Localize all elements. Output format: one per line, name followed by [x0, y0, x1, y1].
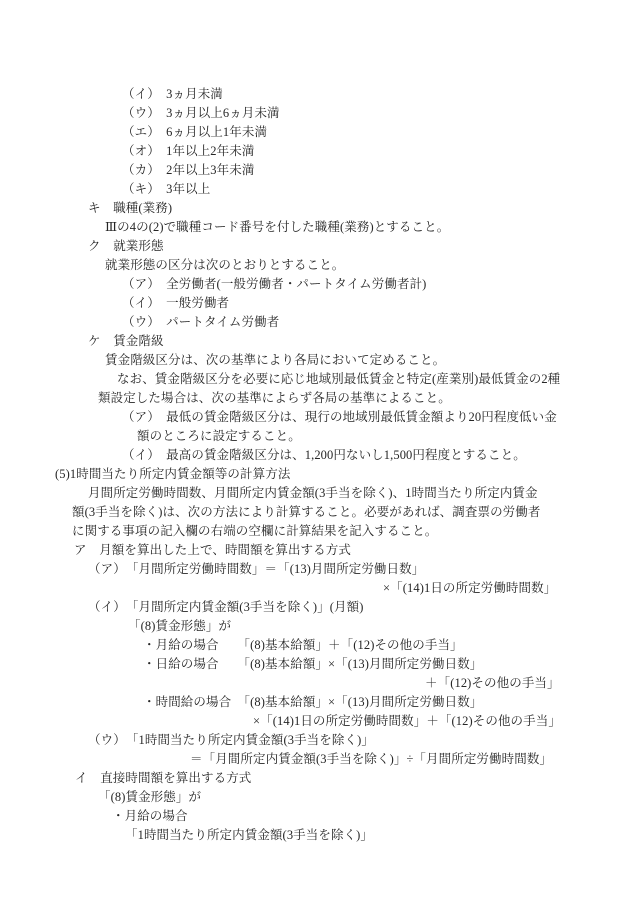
text-line: （カ） 2年以上3年未満 — [122, 163, 254, 178]
text-line: 「(8)賃金形態」が — [128, 619, 231, 634]
text-line: （ウ） 3ヵ月以上6ヵ月未満 — [122, 106, 280, 121]
text-line: ＋「(12)その他の手当」 — [425, 676, 560, 691]
text-line: （ア） 「月間所定労働時間数」＝「(13)月間所定労働日数」 — [88, 562, 424, 577]
text-line: ク 就業形態 — [88, 239, 164, 254]
text-line: ・月給の場合 「(8)基本給額」＋「(12)その他の手当」 — [143, 638, 463, 653]
text-line: 類設定した場合は、次の基準によらず各局の基準によること。 — [98, 391, 451, 406]
text-line: （エ） 6ヵ月以上1年未満 — [122, 125, 267, 140]
text-line: なお、賃金階級区分を必要に応じ地域別最低賃金と特定(産業別)最低賃金の2種 — [117, 372, 560, 387]
text-line: （ア） 全労働者(一般労働者・パートタイム労働者計) — [122, 277, 426, 292]
text-line: に関する事項の記入欄の右端の空欄に計算結果を記入すること。 — [72, 524, 437, 539]
text-line: ＝「月間所定内賃金額(3手当を除く)」÷「月間所定労働時間数」 — [190, 752, 552, 767]
text-line: （ウ） パートタイム労働者 — [122, 315, 279, 330]
text-line: ・月給の場合 — [112, 809, 188, 824]
text-line: 額(3手当を除く)は、次の方法により計算すること。必要があれば、調査票の労働者 — [72, 505, 540, 520]
text-line: ・時間給の場合 「(8)基本給額」×「(13)月間所定労働日数」 — [143, 695, 482, 710]
text-line: （ア） 最低の賃金階級区分は、現行の地域別最低賃金額より20円程度低い金 — [122, 410, 557, 425]
text-line: （イ） 3ヵ月未満 — [122, 87, 223, 102]
text-line: キ 職種(業務) — [88, 201, 172, 216]
text-line: 「(8)賃金形態」が — [98, 790, 201, 805]
text-line: （イ） 最高の賃金階級区分は、1,200円ないし1,500円程度とすること。 — [122, 448, 526, 463]
text-line: （イ） 「月間所定内賃金額(3手当を除く)」(月額) — [88, 600, 364, 615]
text-line: （ウ） 「1時間当たり所定内賃金額(3手当を除く)」 — [88, 733, 374, 748]
text-line: ケ 賃金階級 — [88, 334, 164, 349]
text-line: 就業形態の区分は次のとおりとすること。 — [105, 258, 344, 273]
text-line: ・日給の場合 「(8)基本給額」×「(13)月間所定労働日数」 — [143, 657, 482, 672]
text-line: ×「(14)1日の所定労働時間数」＋「(12)その他の手当」 — [253, 714, 561, 729]
document-page: （イ） 3ヵ月未満（ウ） 3ヵ月以上6ヵ月未満（エ） 6ヵ月以上1年未満（オ） … — [0, 0, 630, 916]
text-line: （キ） 3年以上 — [122, 182, 210, 197]
text-line: （オ） 1年以上2年未満 — [122, 144, 254, 159]
text-line: （イ） 一般労働者 — [122, 296, 229, 311]
text-line: 「1時間当たり所定内賃金額(3手当を除く)」 — [125, 828, 373, 843]
text-line: (5)1時間当たり所定内賃金額等の計算方法 — [55, 467, 290, 482]
text-line: ア 月額を算出した上で、時間額を算出する方式 — [74, 543, 351, 558]
text-line: 賃金階級区分は、次の基準により各局において定めること。 — [105, 353, 445, 368]
text-line: ×「(14)1日の所定労働時間数」 — [383, 581, 556, 596]
text-line: 月間所定労働時間数、月間所定内賃金額(3手当を除く)、1時間当たり所定内賃金 — [88, 486, 538, 501]
text-line: Ⅲの4の(2)で職種コード番号を付した職種(業務)とすること。 — [105, 220, 449, 235]
text-line: イ 直接時間額を算出する方式 — [75, 771, 251, 786]
text-line: 額のところに設定すること。 — [137, 429, 301, 444]
